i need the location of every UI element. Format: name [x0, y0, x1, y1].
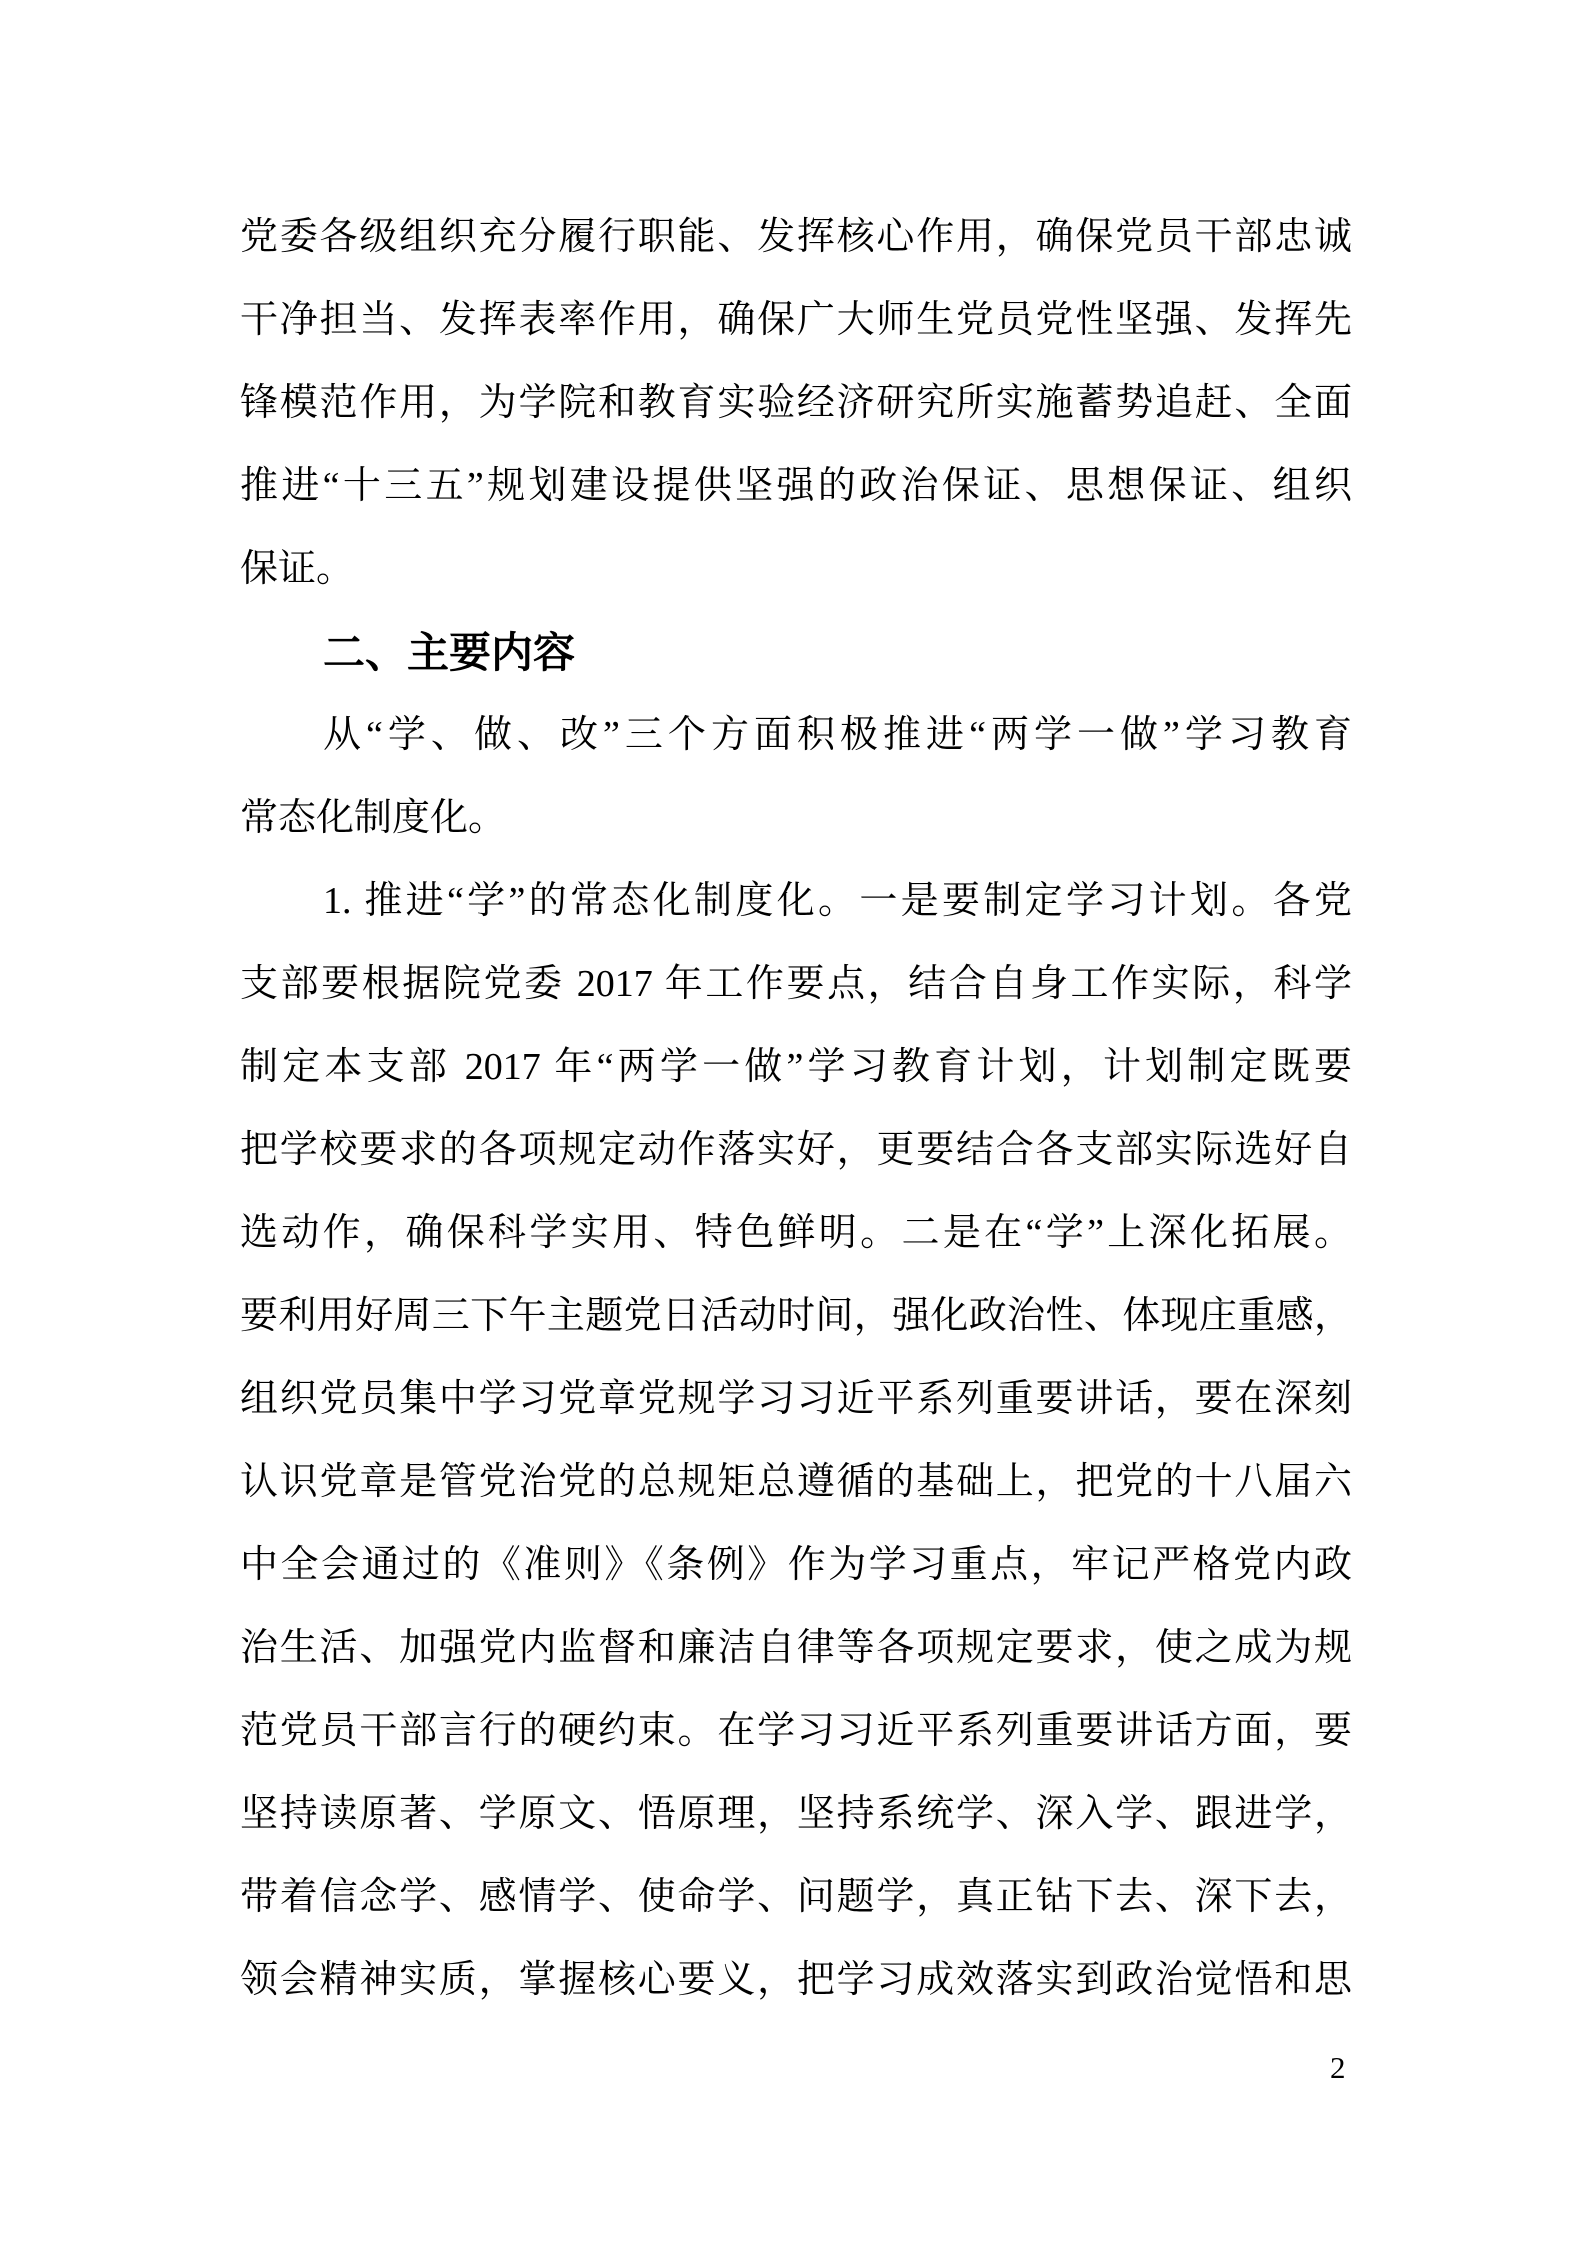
- document-line: 中全会通过的《准则》《条例》作为学习重点，牢记严格党内政: [240, 1524, 1352, 1607]
- document-line: 支部要根据院党委 2017 年工作要点，结合自身工作实际，科学: [240, 943, 1352, 1026]
- page-number: 2: [1330, 2048, 1346, 2088]
- document-line: 保证。: [240, 528, 1352, 611]
- document-line: 干净担当、发挥表率作用，确保广大师生党员党性坚强、发挥先: [240, 279, 1352, 362]
- document-line: 坚持读原著、学原文、悟原理，坚持系统学、深入学、跟进学，: [240, 1773, 1352, 1856]
- document-line: 锋模范作用，为学院和教育实验经济研究所实施蓄势追赶、全面: [240, 362, 1352, 445]
- document-line: 常态化制度化。: [240, 777, 1352, 860]
- document-line: 领会精神实质，掌握核心要义，把学习成效落实到政治觉悟和思: [240, 1939, 1352, 2022]
- document-line: 组织党员集中学习党章党规学习习近平系列重要讲话，要在深刻: [240, 1358, 1352, 1441]
- document-line: 1. 推进“学”的常态化制度化。一是要制定学习计划。各党: [240, 860, 1352, 943]
- document-line: 从“学、做、改”三个方面积极推进“两学一做”学习教育: [240, 694, 1352, 777]
- document-line: 认识党章是管党治党的总规矩总遵循的基础上，把党的十八届六: [240, 1441, 1352, 1524]
- document-line: 党委各级组织充分履行职能、发挥核心作用，确保党员干部忠诚: [240, 196, 1352, 279]
- document-line: 范党员干部言行的硬约束。在学习习近平系列重要讲话方面，要: [240, 1690, 1352, 1773]
- document-line: 把学校要求的各项规定动作落实好，更要结合各支部实际选好自: [240, 1109, 1352, 1192]
- document-line: 选动作，确保科学实用、特色鲜明。二是在“学”上深化拓展。: [240, 1192, 1352, 1275]
- document-line: 要利用好周三下午主题党日活动时间，强化政治性、体现庄重感，: [240, 1275, 1352, 1358]
- document-line: 治生活、加强党内监督和廉洁自律等各项规定要求，使之成为规: [240, 1607, 1352, 1690]
- document-body: 党委各级组织充分履行职能、发挥核心作用，确保党员干部忠诚干净担当、发挥表率作用，…: [240, 196, 1352, 2022]
- document-page: 党委各级组织充分履行职能、发挥核心作用，确保党员干部忠诚干净担当、发挥表率作用，…: [0, 0, 1587, 2245]
- document-line: 推进“十三五”规划建设提供坚强的政治保证、思想保证、组织: [240, 445, 1352, 528]
- document-line: 带着信念学、感情学、使命学、问题学，真正钻下去、深下去，: [240, 1856, 1352, 1939]
- section-heading: 二、主要内容: [240, 611, 1352, 694]
- document-line: 制定本支部 2017 年“两学一做”学习教育计划，计划制定既要: [240, 1026, 1352, 1109]
